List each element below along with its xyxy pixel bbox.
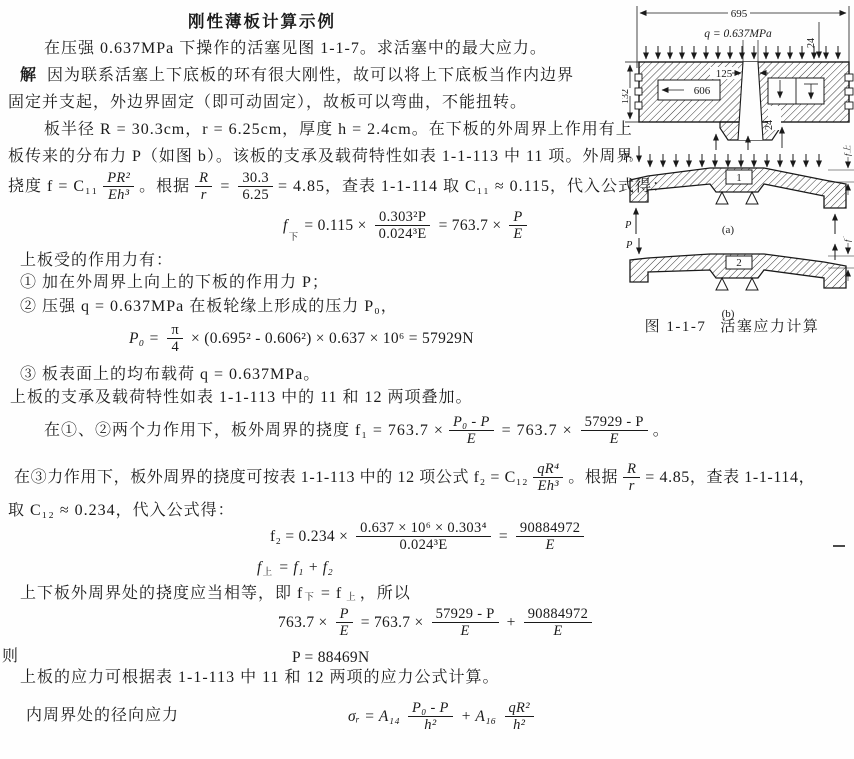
paragraph-intro: 在压强 0.637MPa 下操作的活塞见图 1-1-7。求活塞中的最大应力。 — [44, 40, 547, 58]
fraction: 90884972E — [516, 520, 584, 553]
plate-b-number: 2 — [736, 257, 742, 269]
deflection-a-label: f上 — [842, 145, 852, 156]
paragraph-forces-heading: 上板受的作用力有： — [20, 252, 173, 270]
paragraph-stress: 上板的应力可根据表 1-1-113 中 11 和 12 两项的应力公式计算。 — [20, 669, 499, 687]
fraction: PE — [509, 209, 526, 242]
fraction: P₀ - PE — [449, 414, 494, 447]
paragraph-solution-1: 解 因为联系活塞上下底板的环有很大刚性，故可以将上下底板当作内边界 — [20, 67, 574, 85]
support-triangle — [716, 278, 728, 290]
figure-plate-b: P 2 f下 (b) — [622, 236, 854, 322]
deflection-b-label: f下 — [842, 236, 852, 242]
formula-f2: f₂ = 0.234 × 0.637 × 10⁶ × 0.303⁴0.024³E… — [267, 520, 589, 553]
fraction: π4 — [167, 322, 183, 355]
scan-artifact-dash — [833, 545, 845, 547]
paragraph-radius-1: 板半径 R = 30.3cm，r = 6.25cm，厚度 h = 2.4cm。在… — [44, 121, 633, 139]
load-p0-label: P₀ — [622, 152, 633, 163]
figure-piston-section: 695 q = 0.637MPa 24 606 — [622, 0, 854, 150]
formula-f-lower: f 下 = 0.115 × 0.303²P0.024³E = 763.7 × P… — [283, 209, 532, 242]
formula-sigma-r: σᵣ = A₁₄ P₀ - Ph² + A₁₆ qR²h² — [345, 700, 539, 733]
paragraph-radial-stress-label: 内周界处的径向应力 — [26, 707, 179, 725]
paragraph-deflection-formula: 挠度 f = C₁₁ PR²Eh³ 。根据 Rr = 30.36.25 = 4.… — [8, 170, 669, 203]
formula-f-upper-sum: f 上 = f₁ + f₂ — [257, 559, 336, 577]
figure-plate-a: P₀ 1 P f上 (a) — [622, 140, 854, 238]
paragraph-radius-2: 板传来的分布力 P（如图 b）。该板的支承及载荷特性如表 1-1-113 中 1… — [8, 148, 633, 166]
dim-bottom-label: 24 — [764, 120, 775, 130]
fraction: 57929 - PE — [432, 606, 499, 639]
paragraph-solution-2: 固定并支起，外边界固定（即可动固定），故板可以弯曲，不能扭转。 — [8, 94, 527, 112]
document-page: 刚性薄板计算示例 在压强 0.637MPa 下操作的活塞见图 1-1-7。求活塞… — [0, 0, 854, 759]
fraction: 57929 - PE — [581, 414, 648, 447]
fraction: 0.303²P0.024³E — [375, 209, 431, 242]
plate-a-number: 1 — [736, 172, 742, 184]
formula-p-result: P = 88469N — [292, 649, 369, 667]
fraction: qR²h² — [505, 700, 534, 733]
fraction: PR²Eh³ — [103, 170, 134, 203]
fraction: 0.637 × 10⁶ × 0.303⁴0.024³E — [356, 520, 491, 553]
support-triangle — [746, 278, 758, 290]
list-item-2: ② 压强 q = 0.637MPa 在板轮缘上形成的压力 P₀， — [20, 298, 398, 316]
figure-caption-title: 活塞应力计算 — [720, 319, 819, 335]
fraction: Rr — [195, 170, 212, 203]
paragraph-f2-deflection: 在③力作用下，板外周界的挠度可按表 1-1-113 中的 12 项公式 f₂ =… — [14, 461, 815, 494]
paragraph-equal-deflection: 上下板外周界处的挠度应当相等，即 f 下 = f 上 ，所以 — [20, 585, 411, 603]
figure-caption: 图 1-1-7活塞应力计算 — [608, 315, 854, 336]
support-triangle — [716, 192, 728, 204]
dim-rim-label: 24 — [806, 38, 817, 48]
formula-balance: 763.7 × PE = 763.7 × 57929 - PE + 908849… — [275, 606, 597, 639]
support-triangle — [746, 192, 758, 204]
dim-width-label: 695 — [731, 8, 748, 20]
fraction: qR⁴Eh³ — [533, 461, 563, 494]
load-p-label: P — [625, 240, 633, 251]
fraction: PE — [336, 606, 353, 639]
dim-bore-label: 125 — [716, 68, 733, 80]
page-title: 刚性薄板计算示例 — [0, 8, 524, 32]
formula-p0: P₀ = π4 × (0.695² - 0.606²) × 0.637 × 10… — [126, 322, 477, 355]
pressure-label: q = 0.637MPa — [704, 28, 772, 40]
figure-caption-number: 图 1-1-7 — [645, 319, 707, 335]
fraction: Rr — [623, 461, 640, 494]
paragraph-superposition: 上板的支承及载荷特性如表 1-1-113 中的 11 和 12 两项叠加。 — [10, 389, 472, 407]
list-item-3: ③ 板表面上的均布载荷 q = 0.637MPa。 — [20, 366, 320, 384]
dim-height-label: 132 — [622, 89, 631, 104]
paragraph-f1-deflection: 在①、②两个力作用下，板外周界的挠度 f₁ = 763.7 × P₀ - PE … — [44, 414, 670, 447]
paragraph-c12: 取 C₁₂ ≈ 0.234，代入公式得： — [8, 502, 235, 520]
sub-label-a: (a) — [722, 224, 735, 236]
fraction: 90884972E — [524, 606, 592, 639]
fraction: 30.36.25 — [238, 170, 273, 203]
load-p-label: P — [624, 220, 632, 231]
then-marker: 则 — [2, 648, 19, 666]
solution-marker: 解 — [20, 67, 37, 85]
list-item-1: ① 加在外周界上向上的下板的作用力 P； — [20, 274, 329, 292]
fraction: P₀ - Ph² — [408, 700, 453, 733]
dim-inner-label: 606 — [694, 85, 711, 97]
